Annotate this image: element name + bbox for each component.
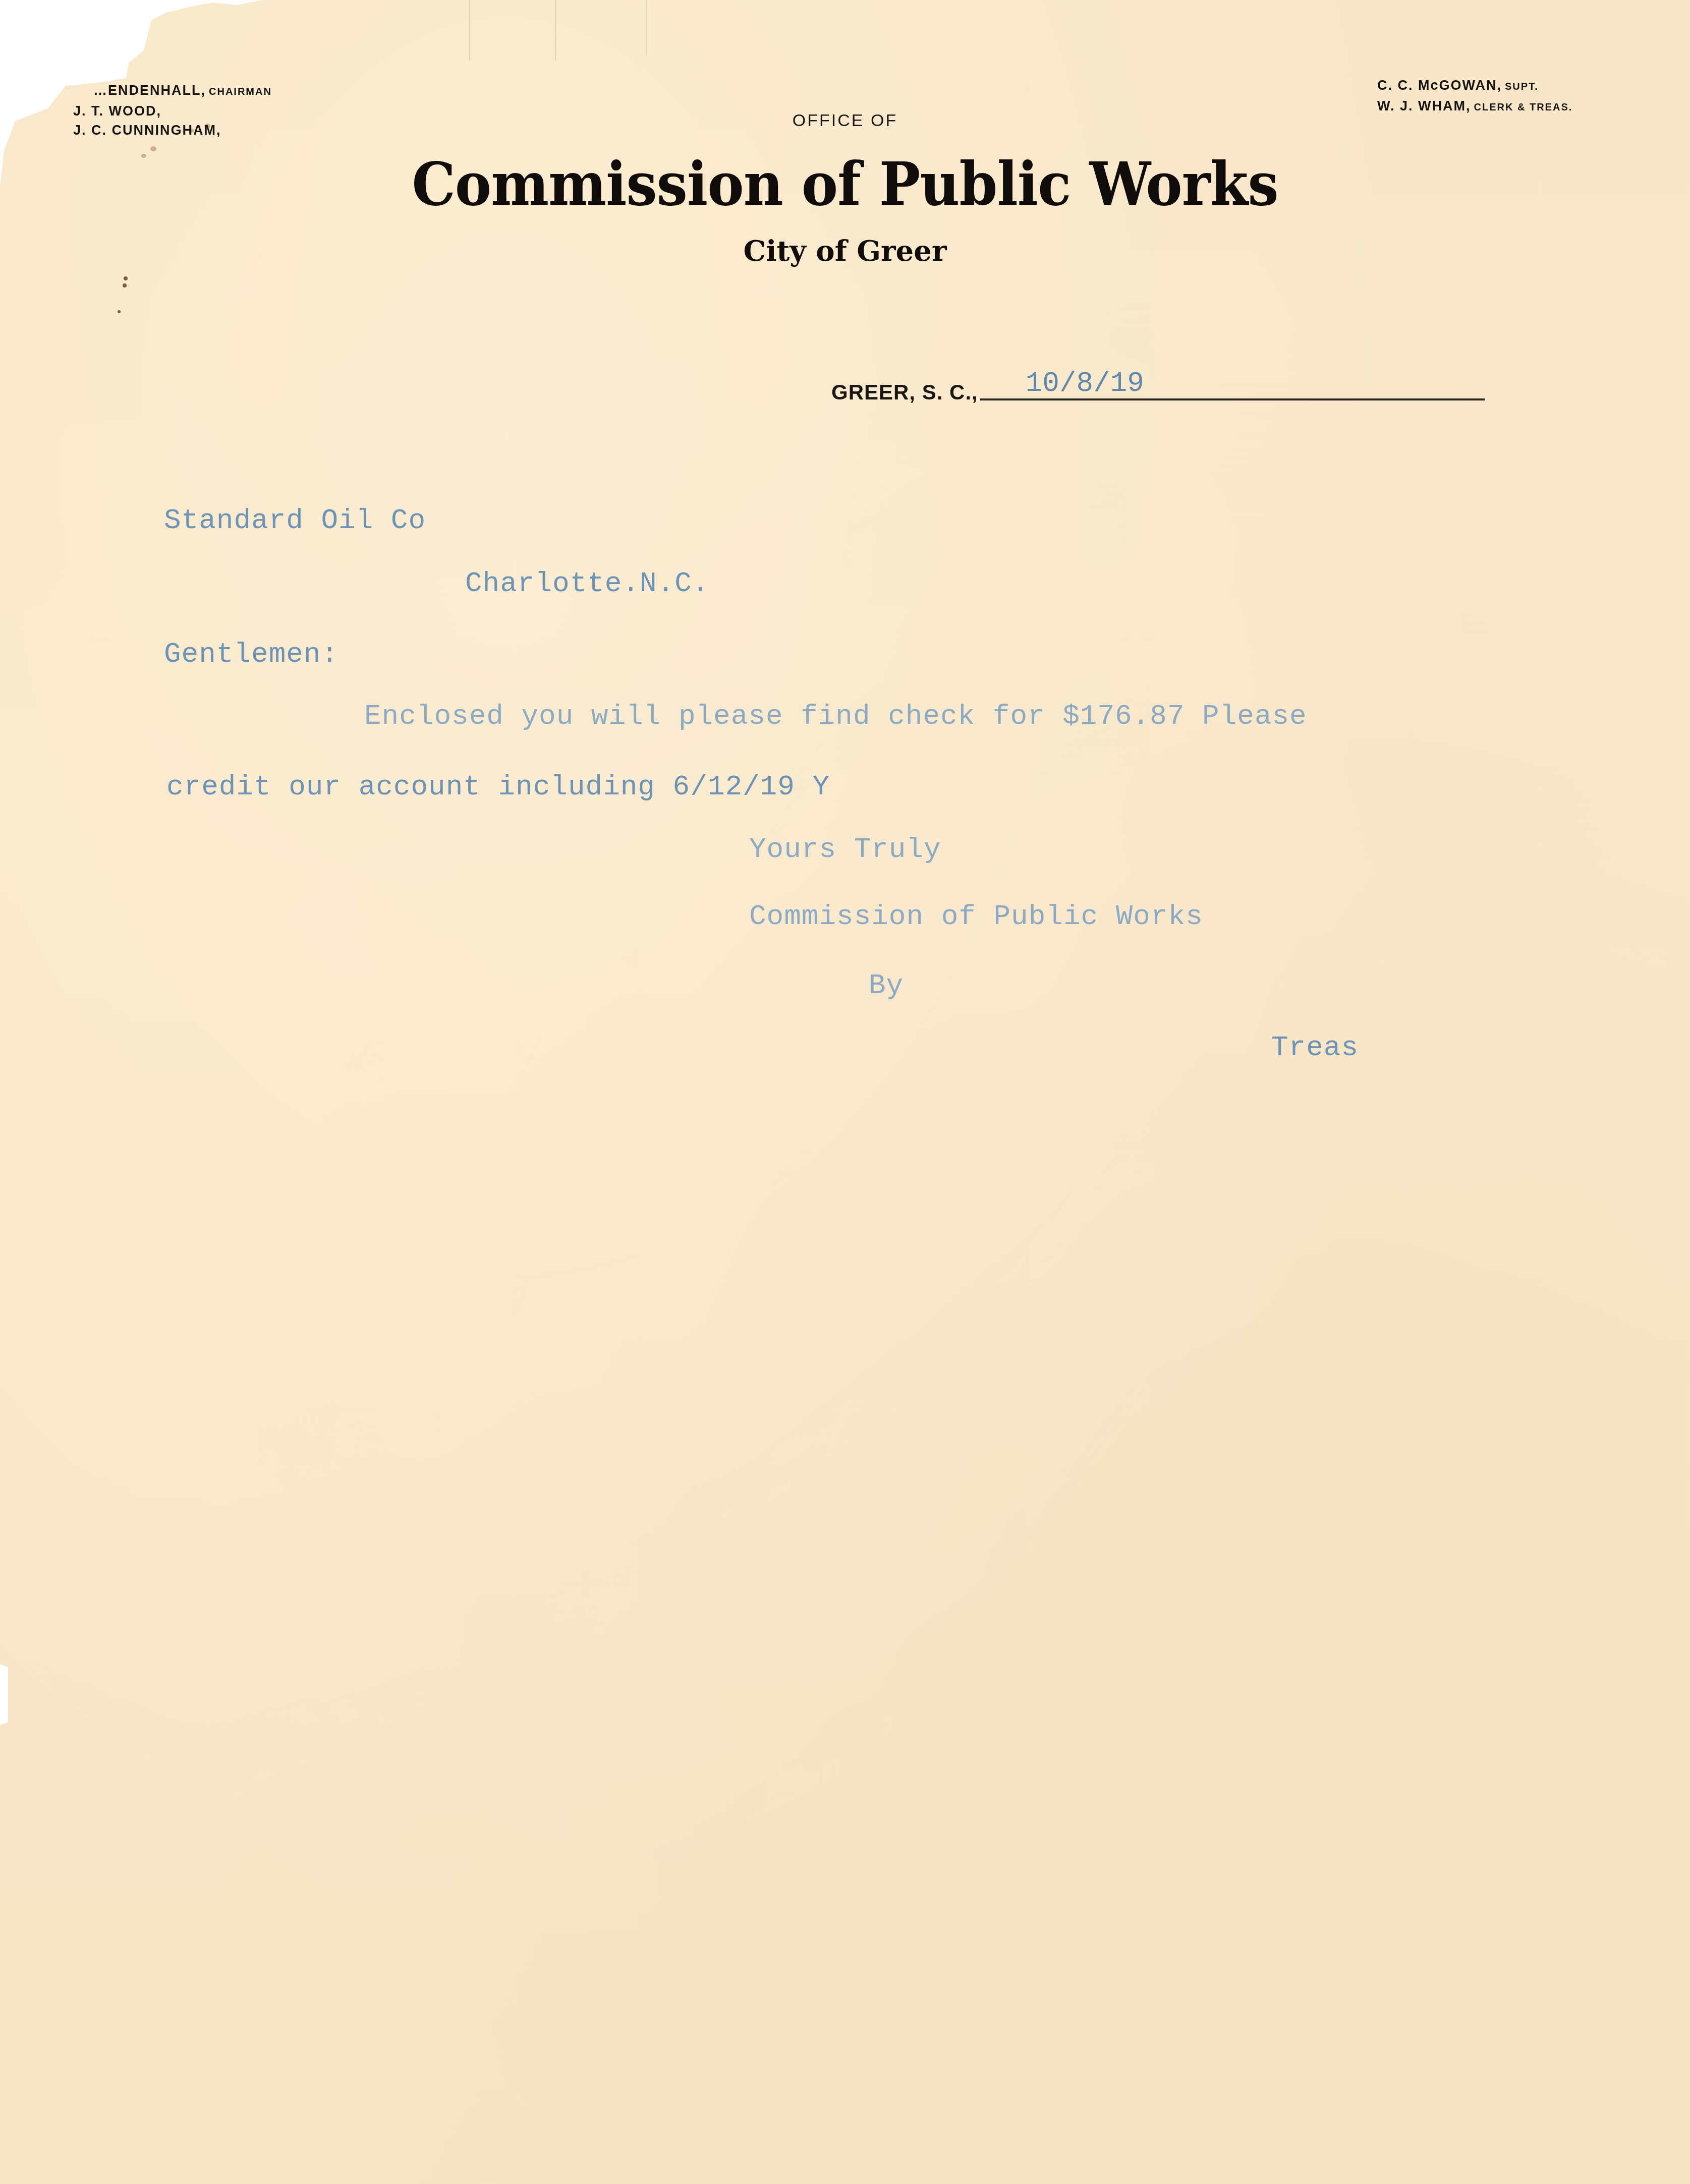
closing: Yours Truly (749, 833, 941, 866)
paper-crease (555, 0, 556, 61)
officer-name: C. C. McGOWAN, (1377, 78, 1502, 93)
body-line-2: credit our account including 6/12/19 Y (166, 771, 830, 803)
signature-title: Treas (1271, 1031, 1359, 1064)
by-label: By (869, 969, 904, 1002)
place-label: GREER, S. C., (831, 380, 978, 405)
ink-stain (123, 283, 127, 288)
officer-line: C. C. McGOWAN,SUPT. (1377, 76, 1572, 96)
letterhead-subtitle: City of Greer (0, 235, 1690, 268)
recipient-name: Standard Oil Co (164, 504, 426, 537)
date-value: 10/8/19 (1026, 367, 1144, 399)
office-of-label: OFFICE OF (0, 111, 1690, 131)
ink-stain (118, 310, 121, 313)
ink-stain (124, 276, 128, 280)
recipient-city: Charlotte.N.C. (465, 567, 709, 600)
officer-role: CHAIRMAN (209, 86, 272, 97)
officer-role: SUPT. (1505, 81, 1539, 92)
officer-name: …ENDENHALL, (93, 83, 206, 98)
letterhead-title: Commission of Public Works (68, 149, 1622, 219)
body-line-1: Enclosed you will please find check for … (364, 700, 1307, 732)
letter-paper (0, 0, 1690, 2184)
date-field: 10/8/19 (980, 373, 1485, 400)
paper-crease (646, 0, 647, 55)
paper-crease (469, 0, 470, 61)
salutation: Gentlemen: (164, 638, 339, 670)
officer-line: …ENDENHALL,CHAIRMAN (93, 81, 272, 101)
letterhead-left-officers: …ENDENHALL,CHAIRMAN J. T. WOOD, J. C. CU… (93, 81, 272, 140)
signature-org: Commission of Public Works (749, 900, 1203, 933)
date-row: GREER, S. C., 10/8/19 (831, 373, 1485, 405)
